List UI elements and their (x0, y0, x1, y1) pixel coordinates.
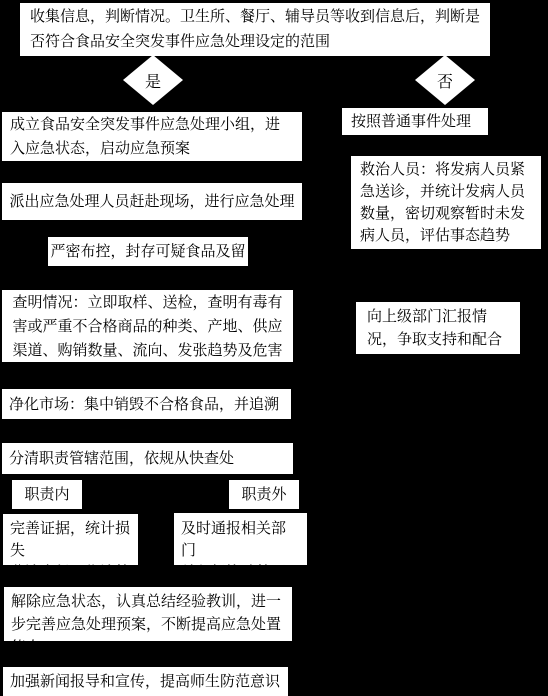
node-ordinary-handling: 按照普通事件处理 (342, 108, 488, 135)
node-duty-out-label: 职责外 (229, 480, 299, 509)
decision-no-diamond: 否 (415, 55, 475, 105)
node-dispatch-team: 派出应急处理人员赶赴现场，进行应急处理 (2, 183, 302, 220)
node-rescue-personnel: 救治人员：将发病人员紧急送诊，并统计发病人员数量，密切观察暂时未发病人员，评估事… (351, 156, 541, 249)
node-purify-market: 净化市场：集中销毁不合格食品，并追溯源头 (2, 389, 291, 419)
node-clarify-duty: 分清职责管辖范围，依规从快查处 (2, 443, 293, 474)
node-collect-info: 收集信息，判断情况。卫生所、餐厅、辅导员等收到信息后，判断是否符合食品安全突发事… (20, 3, 490, 56)
node-publicity: 加强新闻报导和宣传，提高师生防范意识 (3, 667, 288, 696)
node-report-superiors: 向上级部门汇报情况，争取支持和配合 (356, 302, 520, 354)
decision-no-label: 否 (437, 69, 453, 92)
node-establish-team: 成立食品安全突发事件应急处理小组，进入应急状态，启动应急预案 (2, 112, 302, 161)
node-duty-out-action: 及时通报相关部门 并积极协助处理 (174, 513, 307, 565)
node-duty-in-action: 完善证据，统计损失 分清责任，依法处理 (3, 514, 138, 565)
node-release-emergency: 解除应急状态，认真总结经验教训，进一步完善应急处理预案，不断提高应急处置能力 (4, 587, 292, 641)
decision-yes-label: 是 (145, 69, 161, 92)
node-investigate: 查明情况：立即取样、送检，查明有毒有害或严重不合格商品的种类、产地、供应渠道、购… (2, 290, 293, 362)
node-seal-food: 严密布控，封存可疑食品及留样 (48, 237, 248, 266)
node-duty-in-label: 职责内 (12, 480, 82, 509)
flowchart-canvas: 收集信息，判断情况。卫生所、餐厅、辅导员等收到信息后，判断是否符合食品安全突发事… (0, 0, 548, 696)
decision-yes-diamond: 是 (123, 55, 183, 105)
